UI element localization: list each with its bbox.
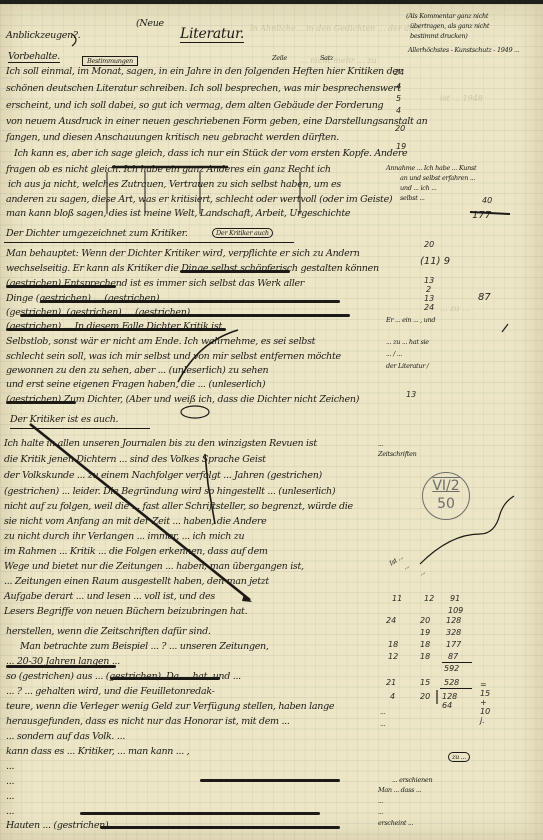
strikethrough: [40, 300, 340, 303]
para1-line: ich aus ja nicht, welches Zutrauen, Vert…: [8, 179, 341, 190]
line-count: 24: [424, 303, 434, 312]
arith-cell: 528: [444, 678, 459, 687]
para3-line: Aufgabe derart ... und lesen ... voll is…: [4, 591, 215, 602]
para3-line: sie nicht vom Anfang an mit der Zeit ...…: [4, 516, 266, 527]
margin-note-2: ... zu ... hat sie: [386, 338, 429, 346]
para3-line: zu nicht durch ihr Verlangen ... immer, …: [4, 531, 244, 542]
margin-note-1: und ... ich ...: [400, 184, 437, 192]
line-count: 4: [396, 106, 401, 115]
para4-line: ...: [6, 806, 14, 817]
heading-kritiker-auch: Der Kritiker ist es auch.: [10, 414, 118, 425]
page-title: Literatur.: [180, 26, 244, 43]
para3-line: ... Zeitungen einen Raum ausgestellt hab…: [4, 576, 269, 587]
margin-note-5-box: zu ...: [448, 752, 470, 762]
arith-cell: 592: [444, 664, 459, 673]
line-count: 13: [424, 276, 434, 285]
arith-cell: 87: [448, 652, 458, 661]
para2-line: und erst seine eigenen Fragen haben, die…: [6, 379, 265, 390]
line-count: 13: [406, 390, 416, 399]
para3-line: im Rahmen ... Kritik ... die Folgen erke…: [4, 546, 268, 557]
para4-line: herausgefunden, dass es nicht nur das Ho…: [6, 716, 290, 727]
arith-cell: 12: [388, 652, 398, 661]
margin-note-4: ...: [380, 720, 385, 728]
margin-note-1: Annahme ... Ich habe ... Kunst: [386, 164, 476, 172]
line-count: 5: [396, 94, 401, 103]
strikethrough: [6, 665, 116, 668]
para4-line: teure, wenn die Verleger wenig Geld zur …: [6, 701, 334, 712]
strikethrough: [6, 328, 226, 331]
para4-line: ... sondern auf das Volk. ...: [6, 731, 125, 742]
margin-note-3: Zeitschriften: [378, 450, 417, 458]
arith-cell: 20: [420, 692, 430, 701]
strikethrough: [6, 285, 116, 288]
strikethrough: [180, 270, 290, 273]
section-label: Vorbehalte.: [8, 51, 60, 63]
para4-line: kann dass es ... Kritiker, ... man kann …: [6, 746, 189, 757]
margin-note-2: ... / ...: [386, 350, 402, 358]
bleed-through-text: ... nicht mehr ... zu: [300, 56, 377, 65]
para2-line: Selbstlob, sonst wär er nicht am Ende. I…: [6, 336, 315, 347]
para4-line: ...: [6, 776, 14, 787]
para4-line: ...: [6, 761, 14, 772]
bleed-through-text: ... zu ...: [440, 304, 470, 313]
para1-line: man kann bloß sagen, dies ist meine Welt…: [6, 208, 350, 219]
col-head-satz: Satz: [320, 54, 333, 62]
manuscript-page: ln Ahnliche... in den Gedichten ... der …: [0, 4, 543, 840]
arith-result: = 15 + 10 j.: [480, 680, 490, 725]
para2-line: gewonnen zu den zu sehen, aber ... (unle…: [6, 365, 268, 376]
line-count: 20: [424, 240, 434, 249]
heading-dichter-kritiker: Der Dichter umgezeichnet zum Kritiker.: [6, 228, 188, 239]
strikethrough: [6, 401, 76, 404]
para4-line: ...: [6, 791, 14, 802]
para1-line: schönen deutschen Literatur schreiben. I…: [6, 83, 401, 94]
archive-stamp: VI/2 50: [422, 472, 470, 520]
line-count: 4: [396, 82, 401, 91]
line-count: (11) 9: [420, 256, 450, 267]
arith-cell: 19: [420, 628, 430, 637]
margin-note-2: der Literatur /: [386, 362, 429, 370]
arith-cell: 15: [420, 678, 430, 687]
margin-note-5: ... erschienen: [392, 776, 432, 784]
arith-cell: 18: [388, 640, 398, 649]
margin-note-1: selbst ...: [400, 194, 425, 202]
margin-note-2: Er ... ein ... , und: [386, 316, 435, 324]
bleed-through-text: ist ... 1948: [440, 94, 483, 103]
line-count: 13: [424, 294, 434, 303]
arith-cell: 128: [446, 616, 461, 625]
para4-line: Man betrachte zum Beispiel ... ? ... uns…: [20, 641, 269, 652]
para1-line: anderen zu sagen, diese Art, was er krit…: [6, 194, 392, 205]
para2-line: Man behauptet: Wenn der Dichter Kritiker…: [6, 248, 360, 259]
strikethrough: [20, 314, 350, 317]
diagonal-note: ...: [418, 568, 427, 578]
arith-cell: 109: [448, 606, 463, 615]
top-right-note-2: übertragen, als ganz nicht: [410, 22, 489, 30]
arith-cell: 328: [446, 628, 461, 637]
para1-line: erscheint, und ich soll dabei, so gut ic…: [6, 100, 383, 111]
arith-cell: 21: [386, 678, 396, 687]
margin-note-3: ...: [378, 440, 383, 448]
margin-note-4: ...: [380, 708, 385, 716]
bleed-through-text: ln Ahnliche... in den Gedichten ... der …: [250, 24, 421, 33]
strikethrough: [100, 826, 340, 829]
margin-note-5: ...: [378, 808, 383, 816]
para3-line: Wege und bietet nur die Zeitungen ... ha…: [4, 561, 304, 572]
para1-line: von neuem Ausdruck in einer neuen geschr…: [6, 116, 427, 127]
para1-line: Ich kann es, aber ich sage gleich, dass …: [14, 148, 407, 159]
margin-note-1: an und selbst erfahren ...: [400, 174, 475, 182]
arith-cell: 18: [420, 652, 430, 661]
top-right-note-1: (Als Kommentar ganz nicht: [406, 12, 488, 20]
sum-rule: [440, 688, 472, 689]
arith-cell: 18: [420, 640, 430, 649]
para3-line: die Kritik jenen Dichtern ... sind des V…: [4, 454, 266, 465]
margin-note-5: Man ... dass ...: [378, 786, 421, 794]
archive-stamp-bottom: 50: [423, 496, 469, 512]
para3-line: Lesers Begriffe von neuen Büchern beizub…: [4, 606, 247, 617]
line-count: 20: [395, 124, 405, 133]
para4-line: herstellen, wenn die Zeitschriften dafür…: [6, 626, 211, 637]
line-count: 24: [394, 68, 404, 77]
heading-rule: [4, 242, 294, 243]
arith-cell: 12: [424, 594, 434, 603]
diagonal-note: ...: [402, 562, 411, 572]
heading-boxed-note: Der Kritiker auch: [212, 228, 273, 238]
arith-cell: 24: [386, 616, 396, 625]
para3-line: nicht auf zu folgen, weil die ... fast a…: [4, 501, 353, 512]
para4-line: ... ? ... gehalten wird, und die Feuille…: [6, 686, 215, 697]
top-right-date: Allerhöchstes - Kunstschutz - 1949 ...: [408, 46, 519, 54]
para3-line: Ich halte in allen unseren Journalen bis…: [4, 438, 317, 449]
para1-line: Ich soll einmal, im Monat, sagen, in ein…: [6, 66, 402, 77]
para4-line: Hauten ... (gestrichen): [6, 820, 108, 831]
para1-line: fragen ob es nicht gleich. Ich habe ein …: [6, 164, 331, 175]
heading-rule: [10, 428, 150, 429]
strikethrough: [80, 812, 320, 815]
col-head-zeile: Zeile: [272, 54, 287, 62]
title-prefix: (Neue: [136, 18, 164, 29]
line-count: 19: [396, 142, 406, 151]
top-right-note-3: bestimmt drucken): [410, 32, 468, 40]
para3-line: der Volkskunde ... zu einem Nachfolger v…: [4, 470, 322, 481]
margin-note-5: ...: [378, 797, 383, 805]
top-left-note: Anblickzeugen?.: [6, 30, 80, 41]
para2-line: schlecht sein soll, was ich mir selbst u…: [6, 351, 341, 362]
arith-cell: 4: [390, 692, 395, 701]
margin-note-5: erscheint ...: [378, 819, 413, 827]
arith-cell: 91: [450, 594, 460, 603]
para1-line: fangen, und diesen Anschauungen kritisch…: [6, 132, 339, 143]
strikethrough: [110, 677, 220, 680]
section-sub: Bestimmungen: [82, 56, 138, 66]
margin-total: 177: [472, 210, 491, 221]
arith-cell: 177: [446, 640, 461, 649]
strikethrough: [200, 779, 340, 782]
para3-line: (gestrichen) ... leider. Die Begründung …: [4, 486, 335, 497]
arith-cell: 11: [392, 594, 402, 603]
arith-cell: 20: [420, 616, 430, 625]
arith-cell: 128 64: [442, 692, 457, 710]
line-count: 2: [426, 285, 431, 294]
line-count: 87: [478, 292, 491, 303]
archive-stamp-top: VI/2: [423, 478, 469, 494]
margin-number: 40: [482, 196, 492, 205]
